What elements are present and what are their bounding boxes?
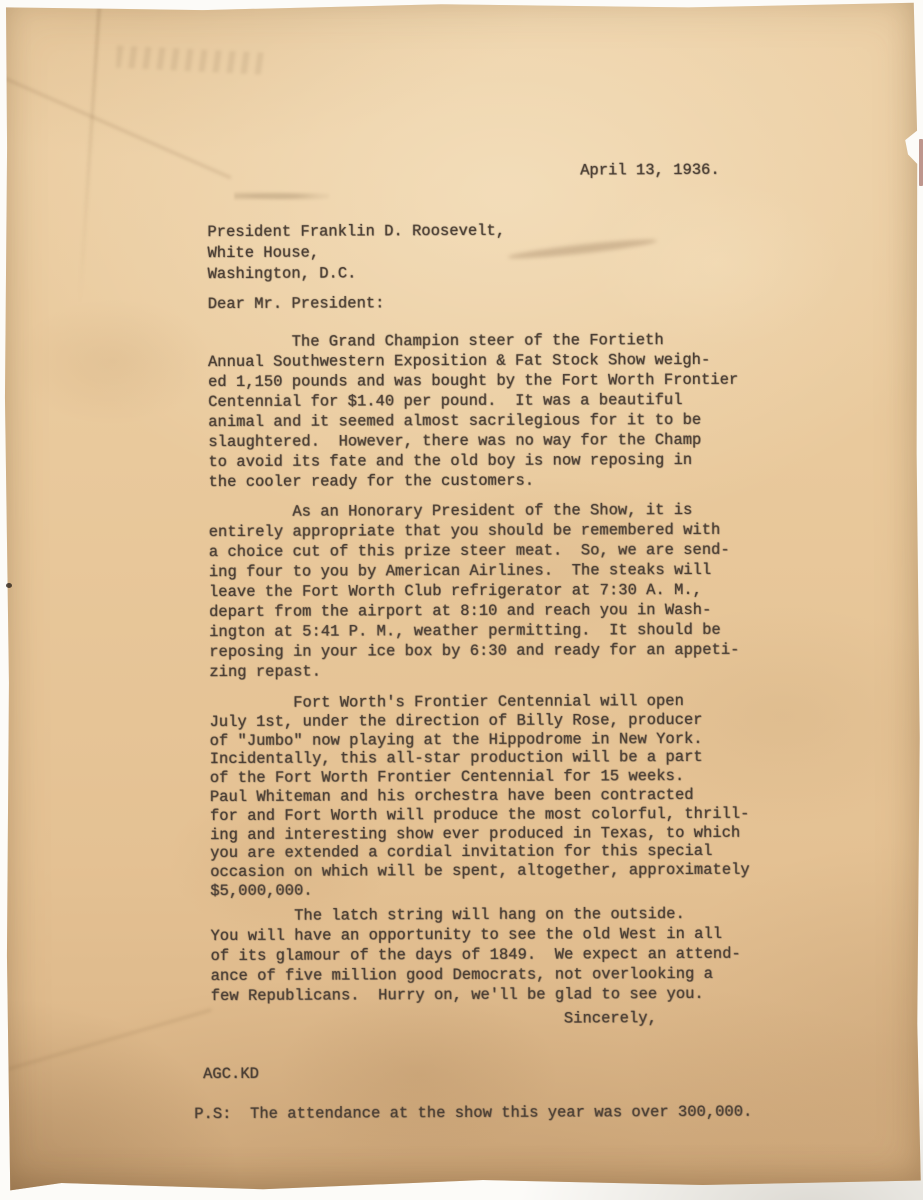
salutation: Dear Mr. President: [208,293,385,314]
complimentary-closing: Sincerely, [564,1008,657,1028]
body-paragraph-3: Fort Worth's Frontier Centennial will op… [209,692,749,901]
letter-paper: April 13, 1936. President Franklin D. Ro… [1,1,922,1194]
recipient-address: President Franklin D. Roosevelt, White H… [207,221,505,285]
dark-speck [6,583,12,588]
postscript: P.S: The attendance at the show this yea… [194,1102,752,1124]
paper-edge-mark [919,139,923,186]
body-paragraph-2: As an Honorary President of the Show, it… [209,500,740,682]
scan-background: April 13, 1936. President Franklin D. Ro… [0,0,923,1200]
letter-body-text: April 13, 1936. President Franklin D. Ro… [1,1,922,1194]
body-paragraph-4: The latch string will hang on the outsid… [210,904,741,1006]
typist-initials: AGC.KD [203,1064,259,1084]
letter-date: April 13, 1936. [580,160,720,181]
body-paragraph-1: The Grand Champion steer of the Fortieth… [208,330,739,492]
